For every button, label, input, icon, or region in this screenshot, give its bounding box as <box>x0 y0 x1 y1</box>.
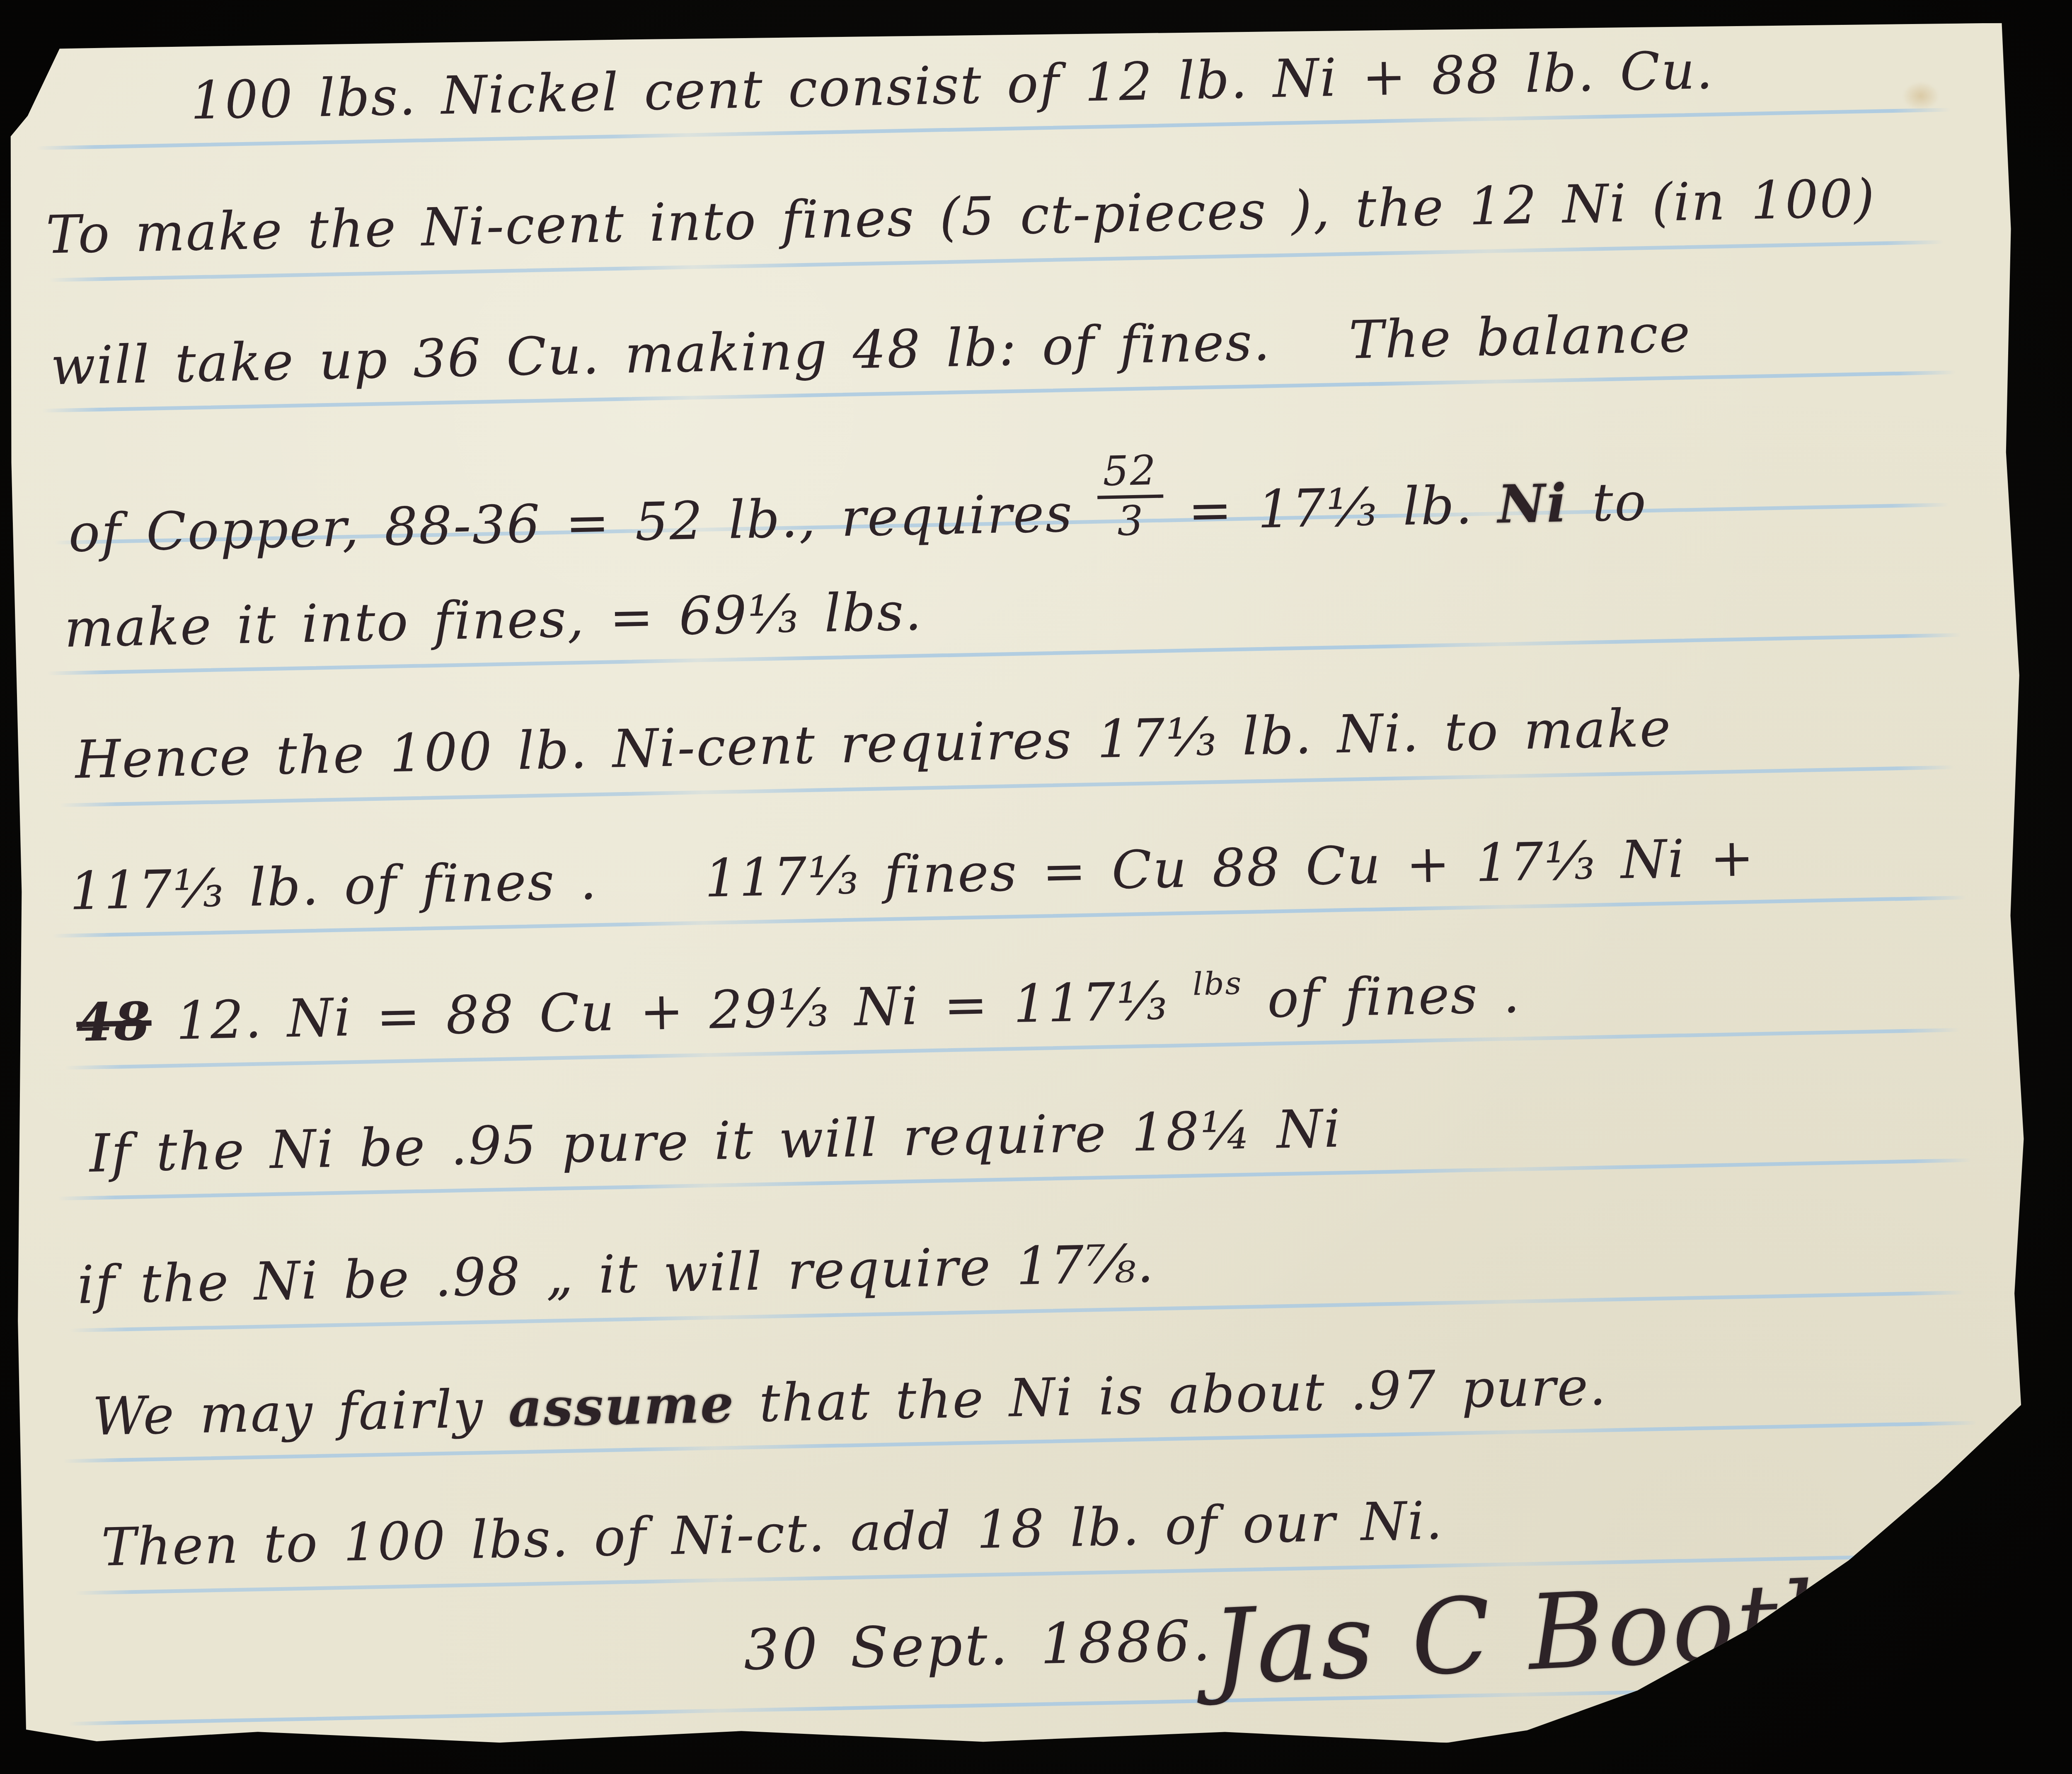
date-text: 30 Sept. 1886. <box>743 1608 1213 1683</box>
text-segment: to <box>1567 471 1648 534</box>
fraction: 523 <box>1097 450 1164 544</box>
stain <box>1902 81 1939 111</box>
manuscript-line: make it into fines, = 69⅓ lbs. <box>64 585 923 655</box>
text-segment: = 17⅓ lb. <box>1163 474 1498 542</box>
text-segment: Then to 100 lbs. of Ni-ct. add 18 lb. of… <box>101 1490 1444 1578</box>
manuscript-content: 100 lbs. Nickel cent consist of 12 lb. N… <box>0 5 2043 1762</box>
text-segment: that the Ni is about .97 pure. <box>734 1356 1608 1434</box>
manuscript-line: 100 lbs. Nickel cent consist of 12 lb. N… <box>190 44 1714 127</box>
text-segment: 48 <box>76 991 152 1054</box>
ruled-line <box>68 1684 1982 1726</box>
text-segment: We may fairly <box>92 1378 509 1447</box>
manuscript-line: If the Ni be .95 pure it will require 18… <box>89 1102 1342 1180</box>
manuscript-line: if the Ni be .98 „ it will require 17⅞. <box>77 1237 1155 1311</box>
manuscript-line: 48 12. Ni = 88 Cu + 29⅓ Ni = 117⅓ lbs of… <box>76 968 1521 1049</box>
text-segment: make it into fines, = 69⅓ lbs. <box>64 581 923 659</box>
manuscript-line: of Copper, 88-36 = 52 lb., requires 523 … <box>67 440 1648 564</box>
text-segment: assume <box>508 1373 735 1439</box>
text-segment: if the Ni be .98 „ it will require 17⅞. <box>77 1233 1155 1315</box>
text-segment: lbs <box>1192 965 1243 1002</box>
text-segment: Ni <box>1497 472 1569 535</box>
photo-background: 100 lbs. Nickel cent consist of 12 lb. N… <box>0 0 2072 1774</box>
paper-sheet: 100 lbs. Nickel cent consist of 12 lb. N… <box>7 23 2031 1750</box>
manuscript-line: We may fairly assume that the Ni is abou… <box>92 1360 1607 1443</box>
text-segment: of Copper, 88-36 = 52 lb., requires <box>68 482 1098 564</box>
text-segment: 12. Ni = 88 Cu + 29⅓ Ni = 117⅓ <box>151 970 1193 1051</box>
manuscript-line: Then to 100 lbs. of Ni-ct. add 18 lb. of… <box>101 1495 1444 1574</box>
stain <box>1799 1564 2001 1709</box>
text-segment: If the Ni be .95 pure it will require 18… <box>89 1098 1342 1184</box>
manuscript-line: will take up 36 Cu. making 48 lb: of fin… <box>50 307 1692 392</box>
signature-text: Jas C Booth <box>1210 1558 1853 1708</box>
text-segment: of fines . <box>1242 964 1522 1030</box>
manuscript-line: Hence the 100 lb. Ni-cent requires 17⅓ l… <box>75 702 1672 786</box>
